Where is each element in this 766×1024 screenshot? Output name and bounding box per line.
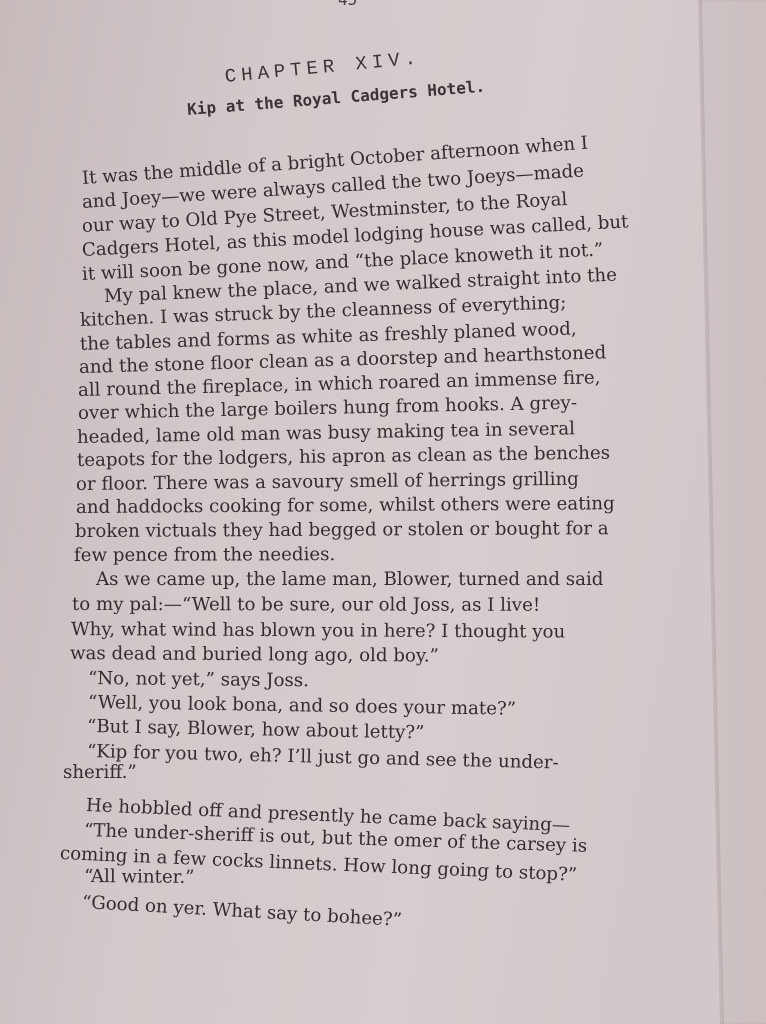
text-line: broken victuals they had begged or stole… [75,518,609,542]
page-number: 45 [338,0,357,9]
text-line: “Good on yer. What say to bohee?” [81,892,402,931]
text-line: As we came up, the lame man, Blower, tur… [96,569,603,590]
text-line: sheriff.” [63,762,137,783]
text-line: and haddocks cooking for some, whilst ot… [76,493,615,518]
text-line: teapots for the lodgers, his apron as cl… [77,443,610,471]
text-line: to my pal:—“Well to be sure, our old Jos… [72,594,540,616]
text-line: “But I say, Blower, how about letty?” [87,716,425,743]
text-line: “All winter.” [84,866,195,888]
text-line: few pence from the needies. [74,544,335,566]
text-line: “Well, you look bona, and so does your m… [88,692,516,720]
text-line: or floor. There was a savoury smell of h… [76,469,579,495]
chapter-title: CHAPTER XIV. [224,47,422,88]
text-line: “No, not yet,” says Joss. [88,668,309,691]
text-line: “Kip for you two, eh? I’ll just go and s… [87,741,559,774]
adjacent-page-edge [646,0,766,1024]
text-line: was dead and buried long ago, old boy.” [70,643,439,667]
text-line: Why, what wind has blown you in here? I … [71,619,565,643]
book-page: 45 CHAPTER XIV. Kip at the Royal Cadgers… [0,0,766,1024]
